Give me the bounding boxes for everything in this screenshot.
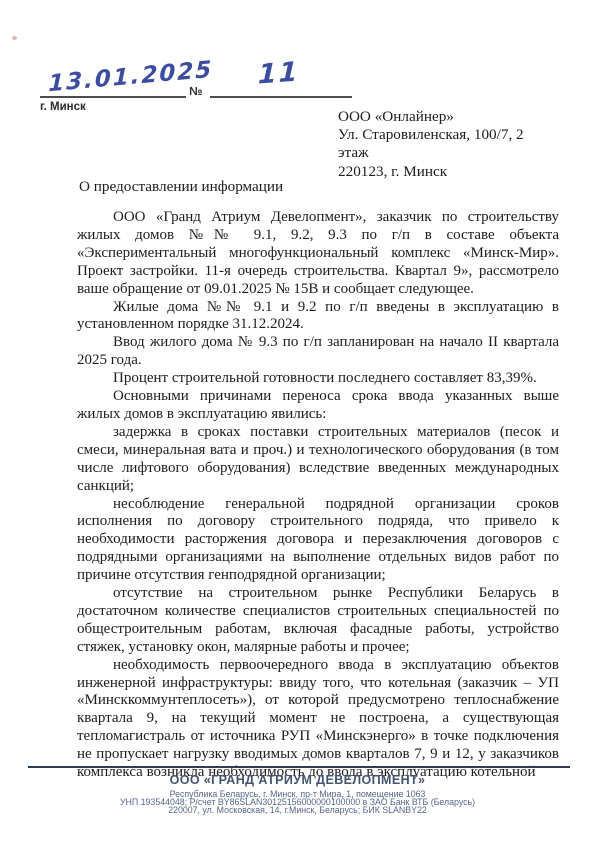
footer-info-block: Республика Беларусь, г. Минск, пр-т Мира… xyxy=(0,791,595,815)
body-paragraph: несоблюдение генеральной подрядной орган… xyxy=(77,496,559,586)
number-underline xyxy=(210,96,352,98)
scan-artifact-dot xyxy=(12,36,17,40)
subject-line: О предоставлении информации xyxy=(79,178,283,196)
footer-company-name: ООО «ГРАНД АТРИУМ ДЕВЕЛОПМЕНТ» xyxy=(0,773,595,787)
recipient-city: 220123, г. Минск xyxy=(338,163,568,181)
footer-divider xyxy=(28,766,570,768)
date-underline xyxy=(40,96,186,98)
number-sign-label: № xyxy=(189,84,202,98)
footer-info-line: 220007, ул. Московская, 14, г.Минск, Бел… xyxy=(0,807,595,815)
body-paragraph: Основными причинами переноса срока ввода… xyxy=(77,388,559,424)
recipient-floor: этаж xyxy=(338,144,568,162)
recipient-name: ООО «Онлайнер» xyxy=(338,108,568,126)
body-paragraph: отсутствие на строительном рынке Республ… xyxy=(77,585,559,657)
body-paragraph: Ввод жилого дома № 9.3 по г/п запланиров… xyxy=(77,334,559,370)
recipient-street: Ул. Старовиленская, 100/7, 2 xyxy=(338,126,568,144)
letter-body: ООО «Гранд Атриум Девелопмент», заказчик… xyxy=(77,209,559,782)
body-paragraph: задержка в сроках поставки строительных … xyxy=(77,424,559,496)
body-paragraph: Процент строительной готовности последне… xyxy=(77,370,559,388)
letter-page: 13.01.2025 № 11 г. Минск ООО «Онлайнер» … xyxy=(0,0,595,841)
body-paragraph: ООО «Гранд Атриум Девелопмент», заказчик… xyxy=(77,209,559,299)
recipient-block: ООО «Онлайнер» Ул. Старовиленская, 100/7… xyxy=(338,108,568,181)
body-paragraph: Жилые дома №№ 9.1 и 9.2 по г/п введены в… xyxy=(77,299,559,335)
handwritten-number: 11 xyxy=(258,56,301,90)
city-label: г. Минск xyxy=(40,101,86,113)
body-paragraph: необходимость первоочередного ввода в эк… xyxy=(77,657,559,782)
